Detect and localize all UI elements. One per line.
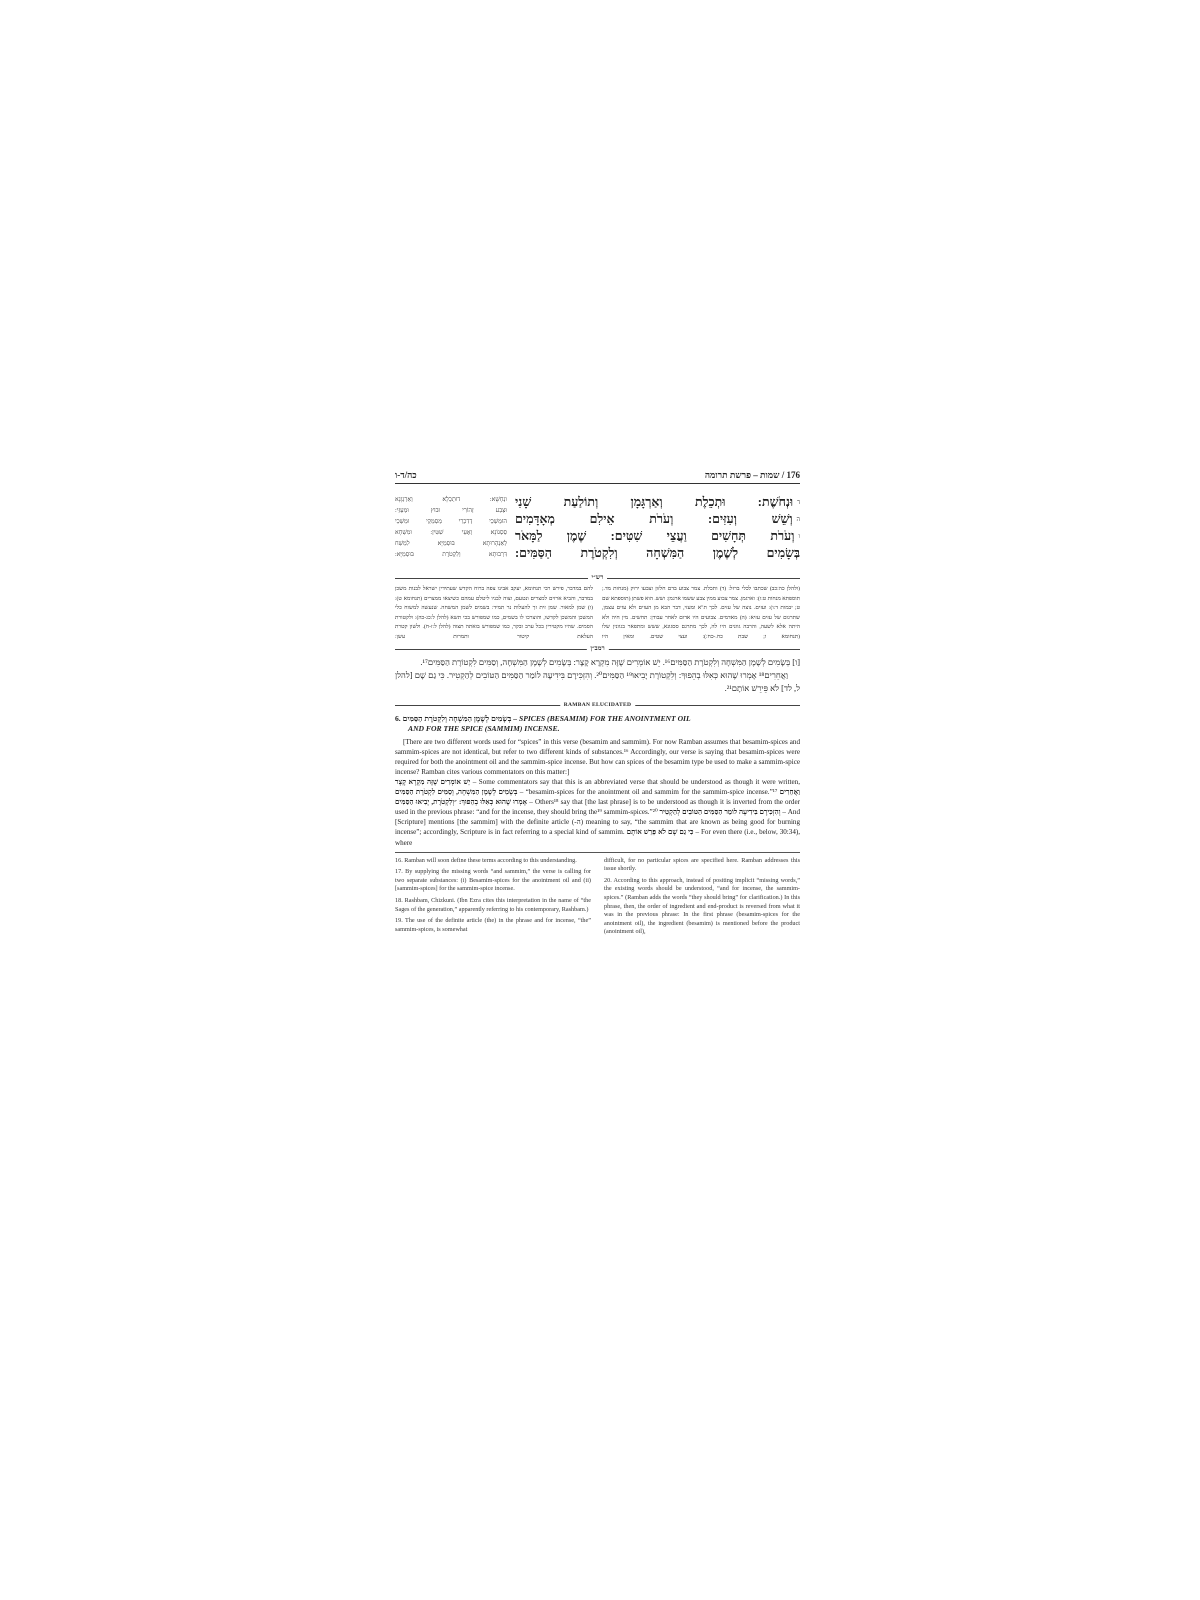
rashi-commentary: (ולהלן כה:כב) שכתבו לכלי ברזל: (ד) ותכלת… (395, 585, 800, 643)
verse-number: ד (797, 500, 800, 506)
footnote-rule (395, 852, 800, 853)
chapter-verse-ref: כה/ד-ו (395, 470, 417, 480)
footnotes-column-right: difficult, for no particular spices are … (604, 857, 800, 940)
elucidation-paragraph: יֵשׁ אוֹמְרִים שֶׁזֶּה מִקְרָא קָצָר – S… (395, 777, 800, 848)
footnote: difficult, for no particular spices are … (604, 857, 800, 874)
footnote: 16. Ramban will soon define these terms … (395, 857, 591, 866)
targum-line: דִּרְבוּתָא וְלִקְטֹרֶת בּוּסְמַיָּא: (395, 549, 507, 560)
verse-block: ונְחָשָׁא: דוּתְכְלָא וְאַרְגְוָנָא וּצְ… (395, 494, 800, 560)
hebrew-lemma: כִּי גַם שָׁם לֹא פֵּרֵשׁ אוֹתָם (627, 828, 694, 836)
targum-onkelos: ונְחָשָׁא: דוּתְכְלָא וְאַרְגְוָנָא וּצְ… (395, 494, 507, 560)
targum-line: ונְחָשָׁא: דוּתְכְלָא וְאַרְגְוָנָא (395, 494, 507, 505)
hebrew-lemma: בְּשָׂמִים לְשֶׁמֶן הַמִּשְׁחָה, וְסַמִּ… (395, 788, 517, 796)
footnotes-column-left: 16. Ramban will soon define these terms … (395, 857, 591, 940)
ramban-paragraph: וַאֲחֵרִים¹⁸ אָמְרוּ שֶׁהוּא כְּאִלּוּ ב… (395, 669, 800, 695)
ramban-hebrew-text: [ו] בְּשָׂמִים לְשֶׁמֶן הַמִּשְׁחָה וְלִ… (395, 656, 800, 695)
hebrew-lemma: יֵשׁ אוֹמְרִים שֶׁזֶּה מִקְרָא קָצָר (395, 778, 470, 786)
footnote: 18. Rashbam, Chizkuni. (Ibn Ezra cites t… (395, 897, 591, 914)
section-heading: 6. בְּשָׂמִים לְשֶׁמֶן הַמִּשְׁחָה וְלִק… (395, 714, 800, 734)
elucidation-body: [There are two different words used for … (395, 737, 800, 848)
rashi-label: רש״י (588, 573, 608, 583)
verse-line: ווְעֹרֹת תְּחָשִׁים וַעֲצֵי שִׁטִּים: שֶ… (515, 528, 800, 545)
elucidated-divider: RAMBAN ELUCIDATED (395, 705, 800, 706)
heading-english-cont: AND FOR THE SPICE (SAMMIM) INCENSE. (395, 724, 800, 734)
rashi-divider: רש״י (395, 578, 800, 579)
verse-number: ה (797, 517, 800, 523)
targum-line: וּצְבַע זְהוֹרִי וּבוּץ וּמְעַזֵּי: (395, 505, 507, 516)
rashi-column-left: להם במדבר, פירש רבי תנחומא, יעקב אבינו צ… (395, 585, 593, 643)
verse-number: ו (798, 534, 800, 540)
hebrew-lemma: וְהִזְכִּירָם בִּידִיעָה לוֹמַר הַסַּמִּ… (660, 808, 781, 816)
heading-english: – SPICES (BESAMIM) FOR THE ANOINTMENT OI… (513, 714, 690, 723)
heading-hebrew: בְּשָׂמִים לְשֶׁמֶן הַמִּשְׁחָה וְלִקְטֹ… (403, 714, 512, 723)
page-number-and-parashah: 176 / שמות – פרשת תרומה (705, 470, 800, 480)
running-head: כה/ד-ו 176 / שמות – פרשת תרומה (395, 470, 800, 484)
book-page: כה/ד-ו 176 / שמות – פרשת תרומה ונְחָשָׁא… (395, 470, 800, 940)
rashi-column-right: (ולהלן כה:כב) שכתבו לכלי ברזל: (ד) ותכלת… (602, 585, 800, 643)
elucidated-label: RAMBAN ELUCIDATED (560, 700, 636, 710)
footnote: 20. According to this approach, instead … (604, 877, 800, 937)
targum-line: לְאַנְהָרוּתָא בּוּסְמַיָּא לִמְשַׁח (395, 538, 507, 549)
verse-line: בְּשָׂמִים לְשֶׁמֶן הַמִּשְׁחָה וְלִקְטֹ… (515, 545, 800, 561)
ramban-label: רמב״ן (586, 644, 608, 654)
footnotes: 16. Ramban will soon define these terms … (395, 857, 800, 940)
ramban-divider: רמב״ן (395, 649, 800, 650)
ramban-paragraph: [ו] בְּשָׂמִים לְשֶׁמֶן הַמִּשְׁחָה וְלִ… (395, 656, 800, 669)
targum-line: הוּמַשְׁכֵי דְדִכְרֵי מְסַמְּקֵי וּמַשְׁ… (395, 516, 507, 527)
targum-line: סַסְגוֹנָא וְאָעֵי שִׁטִּין: ומִשְׁחָא (395, 527, 507, 538)
section-number: 6. (395, 714, 401, 723)
intro-paragraph: [There are two different words used for … (395, 737, 800, 777)
footnote: 17. By supplying the missing words “and … (395, 868, 591, 894)
footnote: 19. The use of the definite article (the… (395, 917, 591, 934)
verse-line: הוְשֵׁשׁ וְעִזִּים: וְעֹרֹת אֵילִם מְאָד… (515, 511, 800, 528)
chumash-text: דוּנְחֹשֶׁת: וּתְכֵלֶת וְאַרְגָּמָן וְתו… (515, 494, 800, 560)
verse-line: דוּנְחֹשֶׁת: וּתְכֵלֶת וְאַרְגָּמָן וְתו… (515, 494, 800, 511)
